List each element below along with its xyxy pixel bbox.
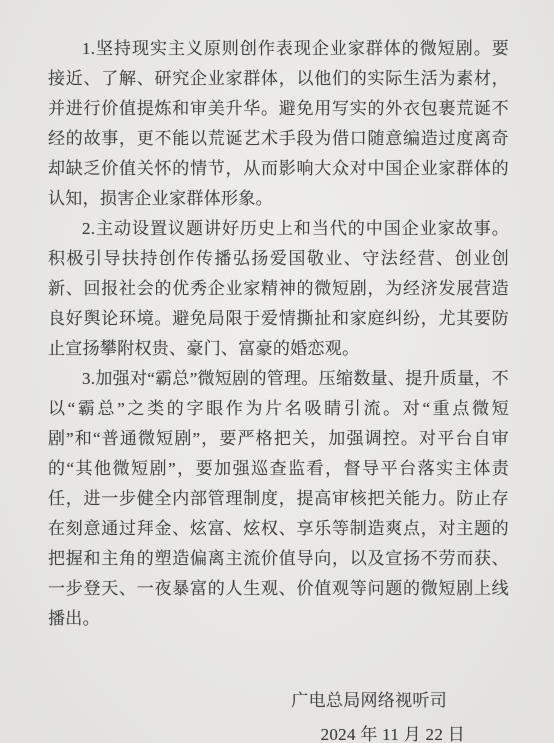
signature-block: 广电总局网络视听司 2024 年 11 月 22 日	[48, 686, 509, 743]
paragraph-2: 2.主动设置议题讲好历史上和当代的中国企业家故事。积极引导扶持创作传播弘扬爱国敬…	[48, 214, 509, 364]
document-page: 1.坚持现实主义原则创作表现企业家群体的微短剧。要接近、了解、研究企业家群体，以…	[0, 0, 554, 743]
issuing-authority: 广电总局网络视听司	[291, 686, 509, 716]
document-body: 1.坚持现实主义原则创作表现企业家群体的微短剧。要接近、了解、研究企业家群体，以…	[48, 34, 509, 634]
paragraph-1: 1.坚持现实主义原则创作表现企业家群体的微短剧。要接近、了解、研究企业家群体，以…	[48, 34, 509, 214]
paragraph-3: 3.加强对“霸总”微短剧的管理。压缩数量、提升质量，不以“霸总”之类的字眼作为片…	[48, 364, 509, 634]
issue-date: 2024 年 11 月 22 日	[321, 720, 509, 743]
